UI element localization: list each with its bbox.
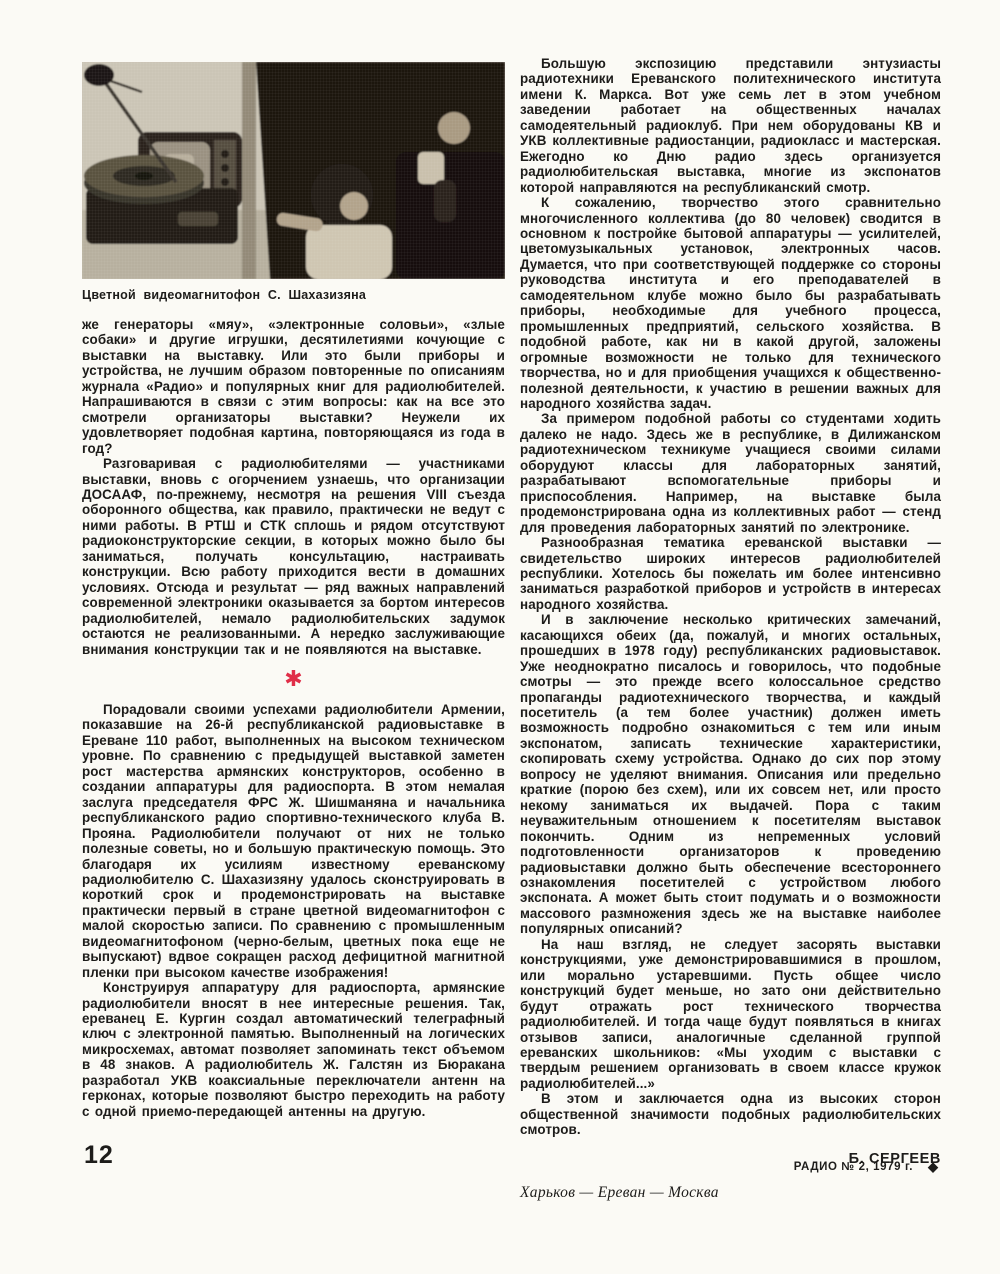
paragraph: же генераторы «мяу», «электронные соловь… [82,317,505,456]
paragraph: В этом и заключается одна из высоких сто… [520,1091,941,1137]
diamond-icon: ◆ [928,1159,938,1175]
paragraph: Разнообразная тематика ереванской выстав… [520,535,941,612]
footer-issue-label: РАДИО № 2, 1979 г. [794,1161,913,1173]
paragraph: На наш взгляд, не следует засорять выста… [520,937,941,1092]
page-footer: РАДИО № 2, 1979 г. ◆ [794,1159,938,1175]
magazine-page: Цветной видеомагнитофон С. Шахазизяна же… [0,0,1000,1274]
page-number: 12 [84,1141,114,1170]
paragraph: Разговаривая с радиолюбителями — участни… [82,456,505,657]
paragraph: За примером подобной работы со студентам… [520,411,941,535]
section-divider-asterisk-icon: ✱ [82,657,505,702]
paragraph: Порадовали своими успехами радиолюбители… [82,702,505,980]
left-column: Цветной видеомагнитофон С. Шахазизяна же… [82,62,505,1119]
right-column: Большую экспозицию представили энтузиаст… [520,56,941,1202]
paragraph: Большую экспозицию представили энтузиаст… [520,56,941,195]
paragraph: Конструируя аппаратуру для радиоспорта, … [82,980,505,1119]
paragraph: И в заключение несколько критических зам… [520,612,941,937]
paragraph: К сожалению, творчество этого сравнитель… [520,195,941,411]
article-photo [82,62,505,279]
byline-route: Харьков — Ереван — Москва [520,1184,941,1202]
photo-caption: Цветной видеомагнитофон С. Шахазизяна [82,288,505,302]
photo-illustration [82,62,505,279]
article-photo-figure: Цветной видеомагнитофон С. Шахазизяна [82,62,505,302]
left-column-text: же генераторы «мяу», «электронные соловь… [82,317,505,1119]
